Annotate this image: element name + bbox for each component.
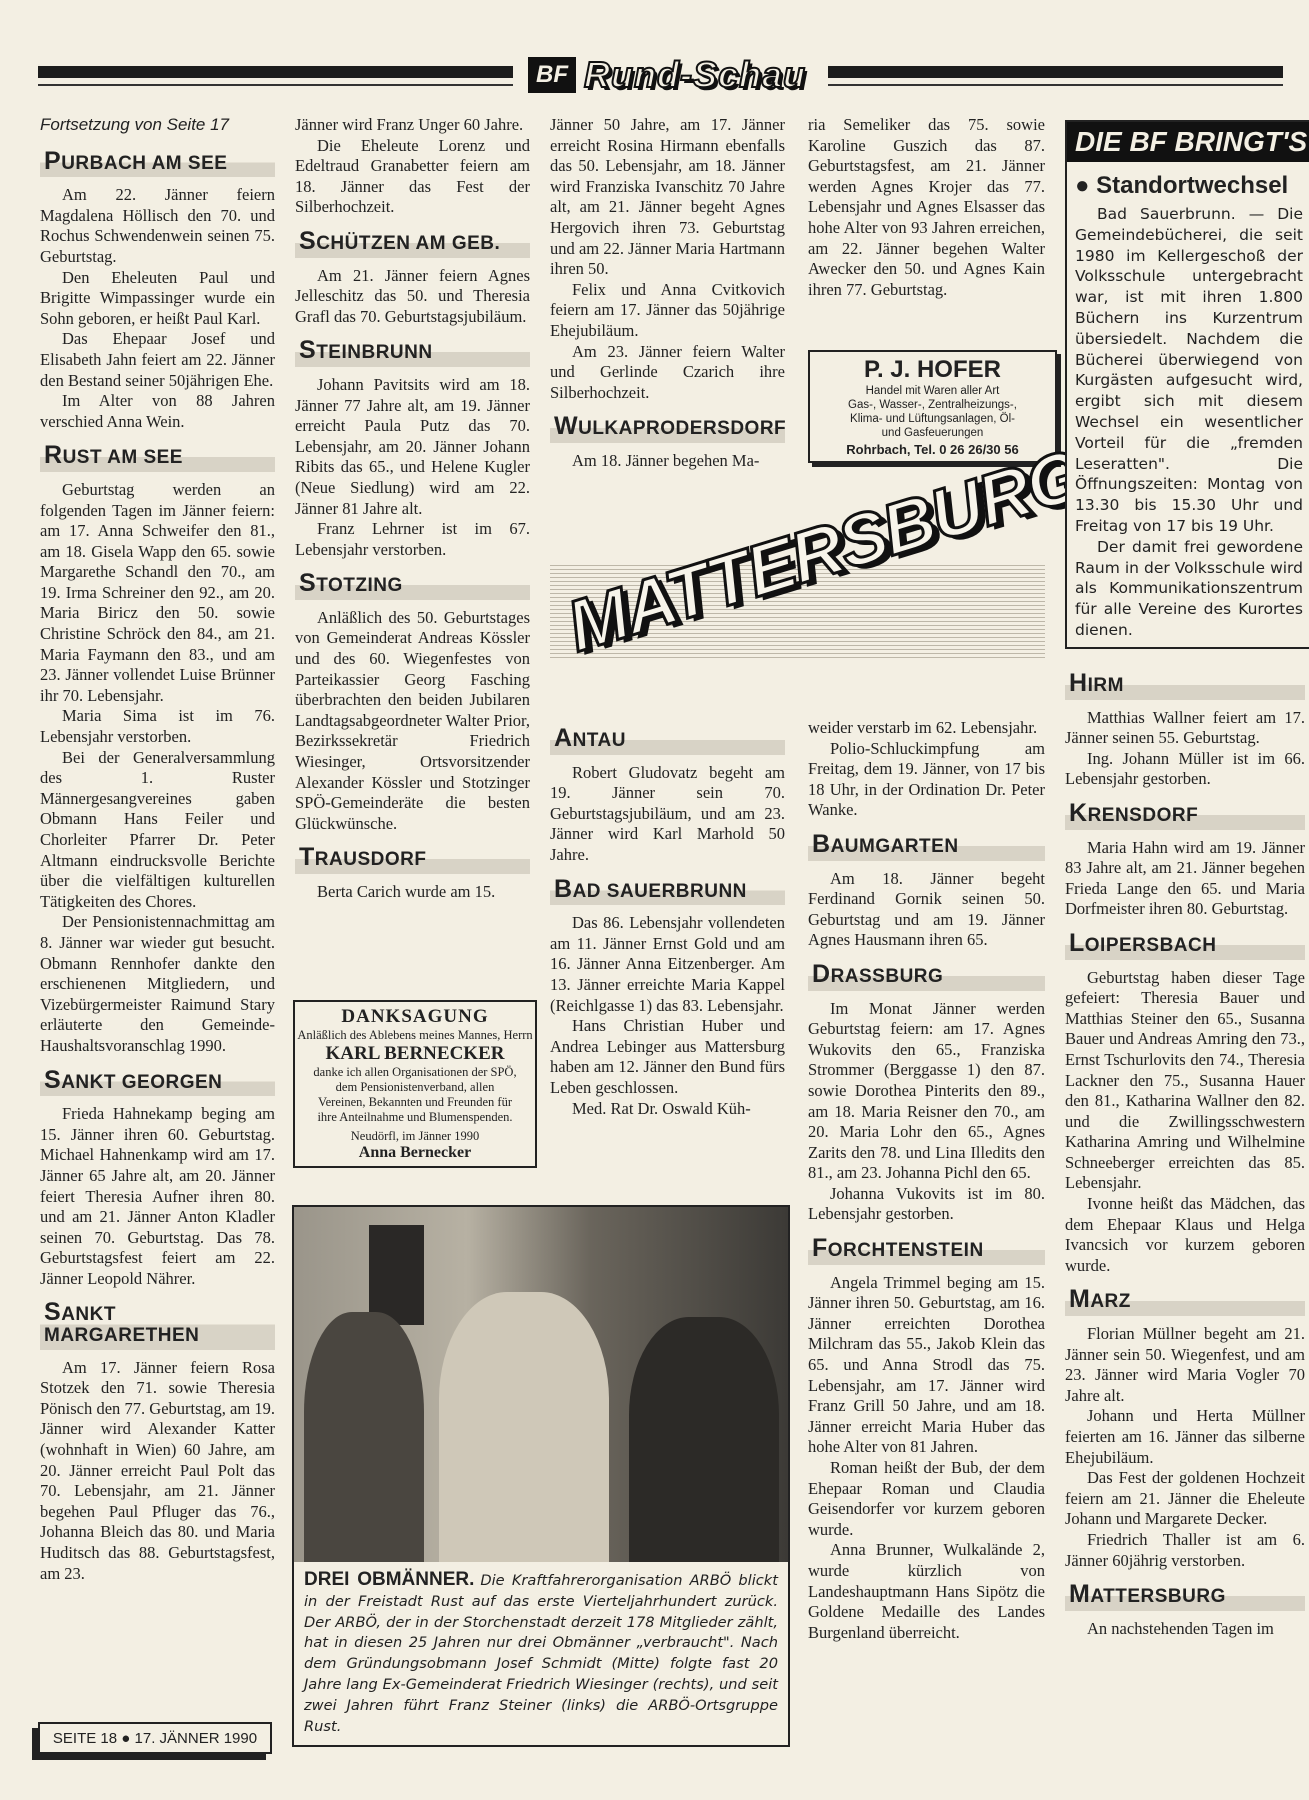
caption-heading: DREI OBMÄNNER. [304, 1569, 474, 1590]
heading-rest: orchtenstein [828, 1240, 984, 1261]
hofer-name: P. J. HOFER [814, 356, 1051, 384]
heading-rest: urbach am See [61, 153, 227, 174]
hofer-line: Gas-, Wasser-, Zentralheizungs-, [814, 398, 1051, 412]
heading-initial: H [1069, 669, 1088, 697]
article-text: Robert Gludovatz begeht am 19. Jänner se… [550, 763, 785, 866]
article-text: Ing. Johann Müller ist im 66. Lebensjahr… [1065, 749, 1305, 790]
heading-initial: B [554, 875, 573, 903]
bf-logo-box: BF [528, 57, 576, 93]
article-text: Das Fest der goldenen Hochzeit feiern am… [1065, 1468, 1305, 1530]
section-heading: Bad Sauerbrunn [550, 876, 785, 906]
article-text: Hans Christian Huber und Andrea Lebinger… [550, 1016, 785, 1098]
heading-rest: chützen am Geb. [316, 233, 500, 254]
danksagung-body: danke ich allen Organisationen der SPÖ, … [297, 1065, 533, 1125]
section-heading: Sankt Margarethen [40, 1299, 275, 1349]
section-heading: Mattersburg [1065, 1581, 1305, 1611]
heading-initial: M [1069, 1580, 1090, 1608]
group-photo [294, 1207, 788, 1562]
masthead-line-left [38, 84, 513, 86]
col2-sections: Schützen am Geb.Am 21. Jänner feiern Agn… [295, 228, 530, 903]
heading-initial: R [44, 441, 63, 469]
article-text: Maria Hahn wird am 19. Jänner 83 Jahre a… [1065, 838, 1305, 920]
heading-rest: totzing [316, 575, 403, 596]
heading-initial: M [1069, 1285, 1090, 1313]
article-text: Am 18. Jänner begeht Ferdinand Gornik se… [808, 869, 1045, 951]
article-text: Die Eheleute Lorenz und Edeltraud Granab… [295, 136, 530, 218]
hofer-line: Handel mit Waren aller Art [814, 384, 1051, 398]
col1-sections: Purbach am SeeAm 22. Jänner feiern Magda… [40, 148, 275, 1585]
article-text: Friedrich Thaller ist am 6. Jänner 60jäh… [1065, 1530, 1305, 1571]
col3b-sections: AntauRobert Gludovatz begeht am 19. Jänn… [550, 725, 785, 1119]
section-heading: Loipersbach [1065, 930, 1305, 960]
section-heading: Rust am See [40, 442, 275, 472]
section-heading: Hirm [1065, 670, 1305, 700]
article-text: Jänner wird Franz Unger 60 Jahre. [295, 115, 530, 136]
section-heading: Stotzing [295, 570, 530, 600]
heading-rest: teinbrunn [316, 342, 432, 363]
column-4: ria Semeliker das 75. sowie Karoline Gus… [808, 115, 1045, 300]
section-heading: Baumgarten [808, 831, 1045, 861]
heading-initial: S [299, 227, 316, 255]
hofer-line: und Gasfeuerungen [814, 426, 1051, 440]
article-text: Bad Sauerbrunn. — Die Gemeindebücherei, … [1075, 204, 1303, 537]
heading-initial: S [299, 336, 316, 364]
danksagung-notice: DANKSAGUNG Anläßlich des Ablebens meines… [293, 1000, 537, 1168]
heading-rest: rassburg [831, 966, 944, 987]
article-text: Berta Carich wurde am 15. [295, 882, 530, 903]
column-5: HirmMatthias Wallner feiert am 17. Jänne… [1065, 660, 1305, 1639]
article-text: Im Alter von 88 Jahren verschied Anna We… [40, 391, 275, 432]
column-3: Jänner 50 Jahre, am 17. Jänner erreicht … [550, 115, 785, 472]
article-text: Geburtstag werden an folgenden Tagen im … [40, 480, 275, 707]
article-text: Am 22. Jänner feiern Magdalena Höllisch … [40, 185, 275, 267]
danksagung-title: DANKSAGUNG [297, 1006, 533, 1028]
article-text: Am 17. Jänner feiern Rosa Stotzek den 71… [40, 1358, 275, 1585]
article-text: Frieda Hahnekamp beging am 15. Jänner ih… [40, 1104, 275, 1289]
article-text: Med. Rat Dr. Oswald Küh- [550, 1099, 785, 1120]
heading-rest: ntau [573, 730, 626, 751]
column-3-lower: AntauRobert Gludovatz begeht am 19. Jänn… [550, 715, 785, 1119]
heading-initial: S [299, 569, 316, 597]
heading-initial: B [812, 830, 831, 858]
heading-initial: L [1069, 929, 1085, 957]
article-text: Johanna Vukovits ist im 80. Lebensjahr g… [808, 1184, 1045, 1225]
bf-bringts-box: DIE BF BRINGT'S ● Standortwechsel Bad Sa… [1065, 120, 1309, 649]
article-text: Johann und Herta Müllner feierten am 16.… [1065, 1406, 1305, 1468]
danksagung-name: KARL BERNECKER [297, 1043, 533, 1065]
article-text: Im Monat Jänner werden Geburtstag feiern… [808, 999, 1045, 1184]
heading-initial: A [554, 724, 573, 752]
section-heading: Marz [1065, 1286, 1305, 1316]
masthead-logo: BF Rund-Schau [528, 54, 806, 96]
article-text: Felix und Anna Cvitkovich feiern am 17. … [550, 280, 785, 342]
section-heading: Forchtenstein [808, 1235, 1045, 1265]
heading-rest: rausdorf [315, 849, 427, 870]
section-heading: Steinbrunn [295, 337, 530, 367]
person-middle [439, 1292, 609, 1562]
danksagung-signature: Anna Bernecker [297, 1144, 533, 1162]
masthead-rule-right [828, 66, 1283, 78]
heading-initial: D [812, 960, 831, 988]
article-text: Matthias Wallner feiert am 17. Jänner se… [1065, 708, 1305, 749]
heading-initial: T [299, 843, 315, 871]
danksagung-line: Anläßlich des Ablebens meines Mannes, He… [297, 1028, 533, 1043]
article-text: weider verstarb im 62. Lebensjahr. [808, 718, 1045, 739]
bringts-body: Bad Sauerbrunn. — Die Gemeindebücherei, … [1075, 204, 1303, 641]
heading-rest: ust am See [63, 447, 183, 468]
heading-rest: oipersbach [1085, 935, 1217, 956]
wall-picture [369, 1225, 424, 1325]
photo-box: DREI OBMÄNNER.Die Kraftfahrerorganisatio… [292, 1205, 790, 1747]
section-heading: Wulkaprodersdorf [550, 413, 785, 443]
section-heading: Antau [550, 725, 785, 755]
article-text: Bei der Generalversammlung des 1. Ruster… [40, 748, 275, 913]
section-heading: Drassburg [808, 961, 1045, 991]
article-text: Angela Trimmel beging am 15. Jänner ihre… [808, 1273, 1045, 1458]
hofer-line: Klima- und Lüftungsanlagen, Öl- [814, 412, 1051, 426]
section-heading: Sankt Georgen [40, 1067, 275, 1097]
article-text: Den Eheleuten Paul und Brigitte Wimpassi… [40, 268, 275, 330]
article-text: Florian Müllner begeht am 21. Jänner sei… [1065, 1324, 1305, 1406]
column-2: Jänner wird Franz Unger 60 Jahre. Die Eh… [295, 115, 530, 903]
article-text: Der Pensionistennachmittag am 8. Jänner … [40, 912, 275, 1056]
mattersburg-banner: MATTERSBURG [550, 540, 1050, 720]
article-text: Jänner 50 Jahre, am 17. Jänner erreicht … [550, 115, 785, 280]
masthead-rule-left [38, 66, 513, 78]
danksagung-place-date: Neudörfl, im Jänner 1990 [297, 1129, 533, 1144]
heading-rest: arz [1090, 1291, 1131, 1312]
continuation-note: Fortsetzung von Seite 17 [40, 115, 275, 136]
heading-initial: K [1069, 799, 1088, 827]
article-text: Am 18. Jänner begehen Ma- [550, 451, 785, 472]
article-text: Anläßlich des 50. Geburtstages von Gemei… [295, 608, 530, 835]
article-text: Am 23. Jänner feiern Walter und Gerlinde… [550, 342, 785, 404]
article-text: ria Semeliker das 75. sowie Karoline Gus… [808, 115, 1045, 300]
heading-rest: attersburg [1090, 1586, 1226, 1607]
heading-initial: P [44, 147, 61, 175]
section-title: Rund-Schau [584, 54, 806, 96]
col5-sections: HirmMatthias Wallner feiert am 17. Jänne… [1065, 670, 1305, 1639]
column-1: Fortsetzung von Seite 17 Purbach am SeeA… [40, 115, 275, 1584]
masthead: BF Rund-Schau [38, 60, 1278, 90]
section-heading: Krensdorf [1065, 800, 1305, 830]
heading-rest: ad Sauerbrunn [573, 881, 747, 902]
article-text: Roman heißt der Bub, der dem Ehepaar Rom… [808, 1458, 1045, 1540]
hofer-advertisement: P. J. HOFER Handel mit Waren aller Art G… [808, 350, 1057, 463]
heading-rest: aumgarten [831, 836, 959, 857]
photo-caption: DREI OBMÄNNER.Die Kraftfahrerorganisatio… [294, 1562, 788, 1745]
heading-rest: irm [1088, 675, 1124, 696]
heading-initial: S [44, 1298, 61, 1326]
article-text: Geburtstag haben dieser Tage gefeiert: T… [1065, 968, 1305, 1195]
article-text: Das 86. Lebensjahr vollendeten am 11. Jä… [550, 913, 785, 1016]
caption-text: Die Kraftfahrerorganisation ARBÖ blickt … [304, 1572, 778, 1735]
article-text: An nachstehenden Tagen im [1065, 1619, 1305, 1640]
article-text: Am 21. Jänner feiern Agnes Jelleschitz d… [295, 266, 530, 328]
heading-rest: rensdorf [1088, 805, 1199, 826]
bringts-subheading: ● Standortwechsel [1075, 172, 1303, 200]
heading-rest: ankt Margarethen [44, 1304, 199, 1346]
article-text: Maria Sima ist im 76. Lebensjahr verstor… [40, 706, 275, 747]
article-text: Anna Brunner, Wulkalände 2, wurde kürzli… [808, 1540, 1045, 1643]
heading-rest: ankt Georgen [61, 1072, 222, 1093]
col4b-sections: BaumgartenAm 18. Jänner begeht Ferdinand… [808, 831, 1045, 1643]
col3-lead: Jänner 50 Jahre, am 17. Jänner erreicht … [550, 115, 785, 403]
article-text: Franz Lehrner ist im 67. Lebensjahr vers… [295, 519, 530, 560]
article-text: Johann Pavitsits wird am 18. Jänner 77 J… [295, 375, 530, 519]
article-text: Das Ehepaar Josef und Elisabeth Jahn fei… [40, 329, 275, 391]
article-text: Ivonne heißt das Mädchen, das dem Ehepaa… [1065, 1194, 1305, 1276]
person-left [304, 1312, 424, 1562]
heading-initial: F [812, 1234, 828, 1262]
masthead-line-right [828, 84, 1283, 86]
section-heading: Schützen am Geb. [295, 228, 530, 258]
article-text: Der damit frei gewordene Raum in der Vol… [1075, 537, 1303, 641]
section-heading: Purbach am See [40, 148, 275, 178]
bringts-header: DIE BF BRINGT'S [1067, 122, 1309, 162]
column-4-lower: weider verstarb im 62. Lebensjahr. Polio… [808, 718, 1045, 1643]
person-right [629, 1317, 779, 1562]
page-footer: SEITE 18 ● 17. JÄNNER 1990 [38, 1722, 272, 1754]
article-text: Polio-Schluckimpfung am Freitag, dem 19.… [808, 739, 1045, 821]
section-heading: Trausdorf [295, 844, 530, 874]
heading-initial: S [44, 1066, 61, 1094]
